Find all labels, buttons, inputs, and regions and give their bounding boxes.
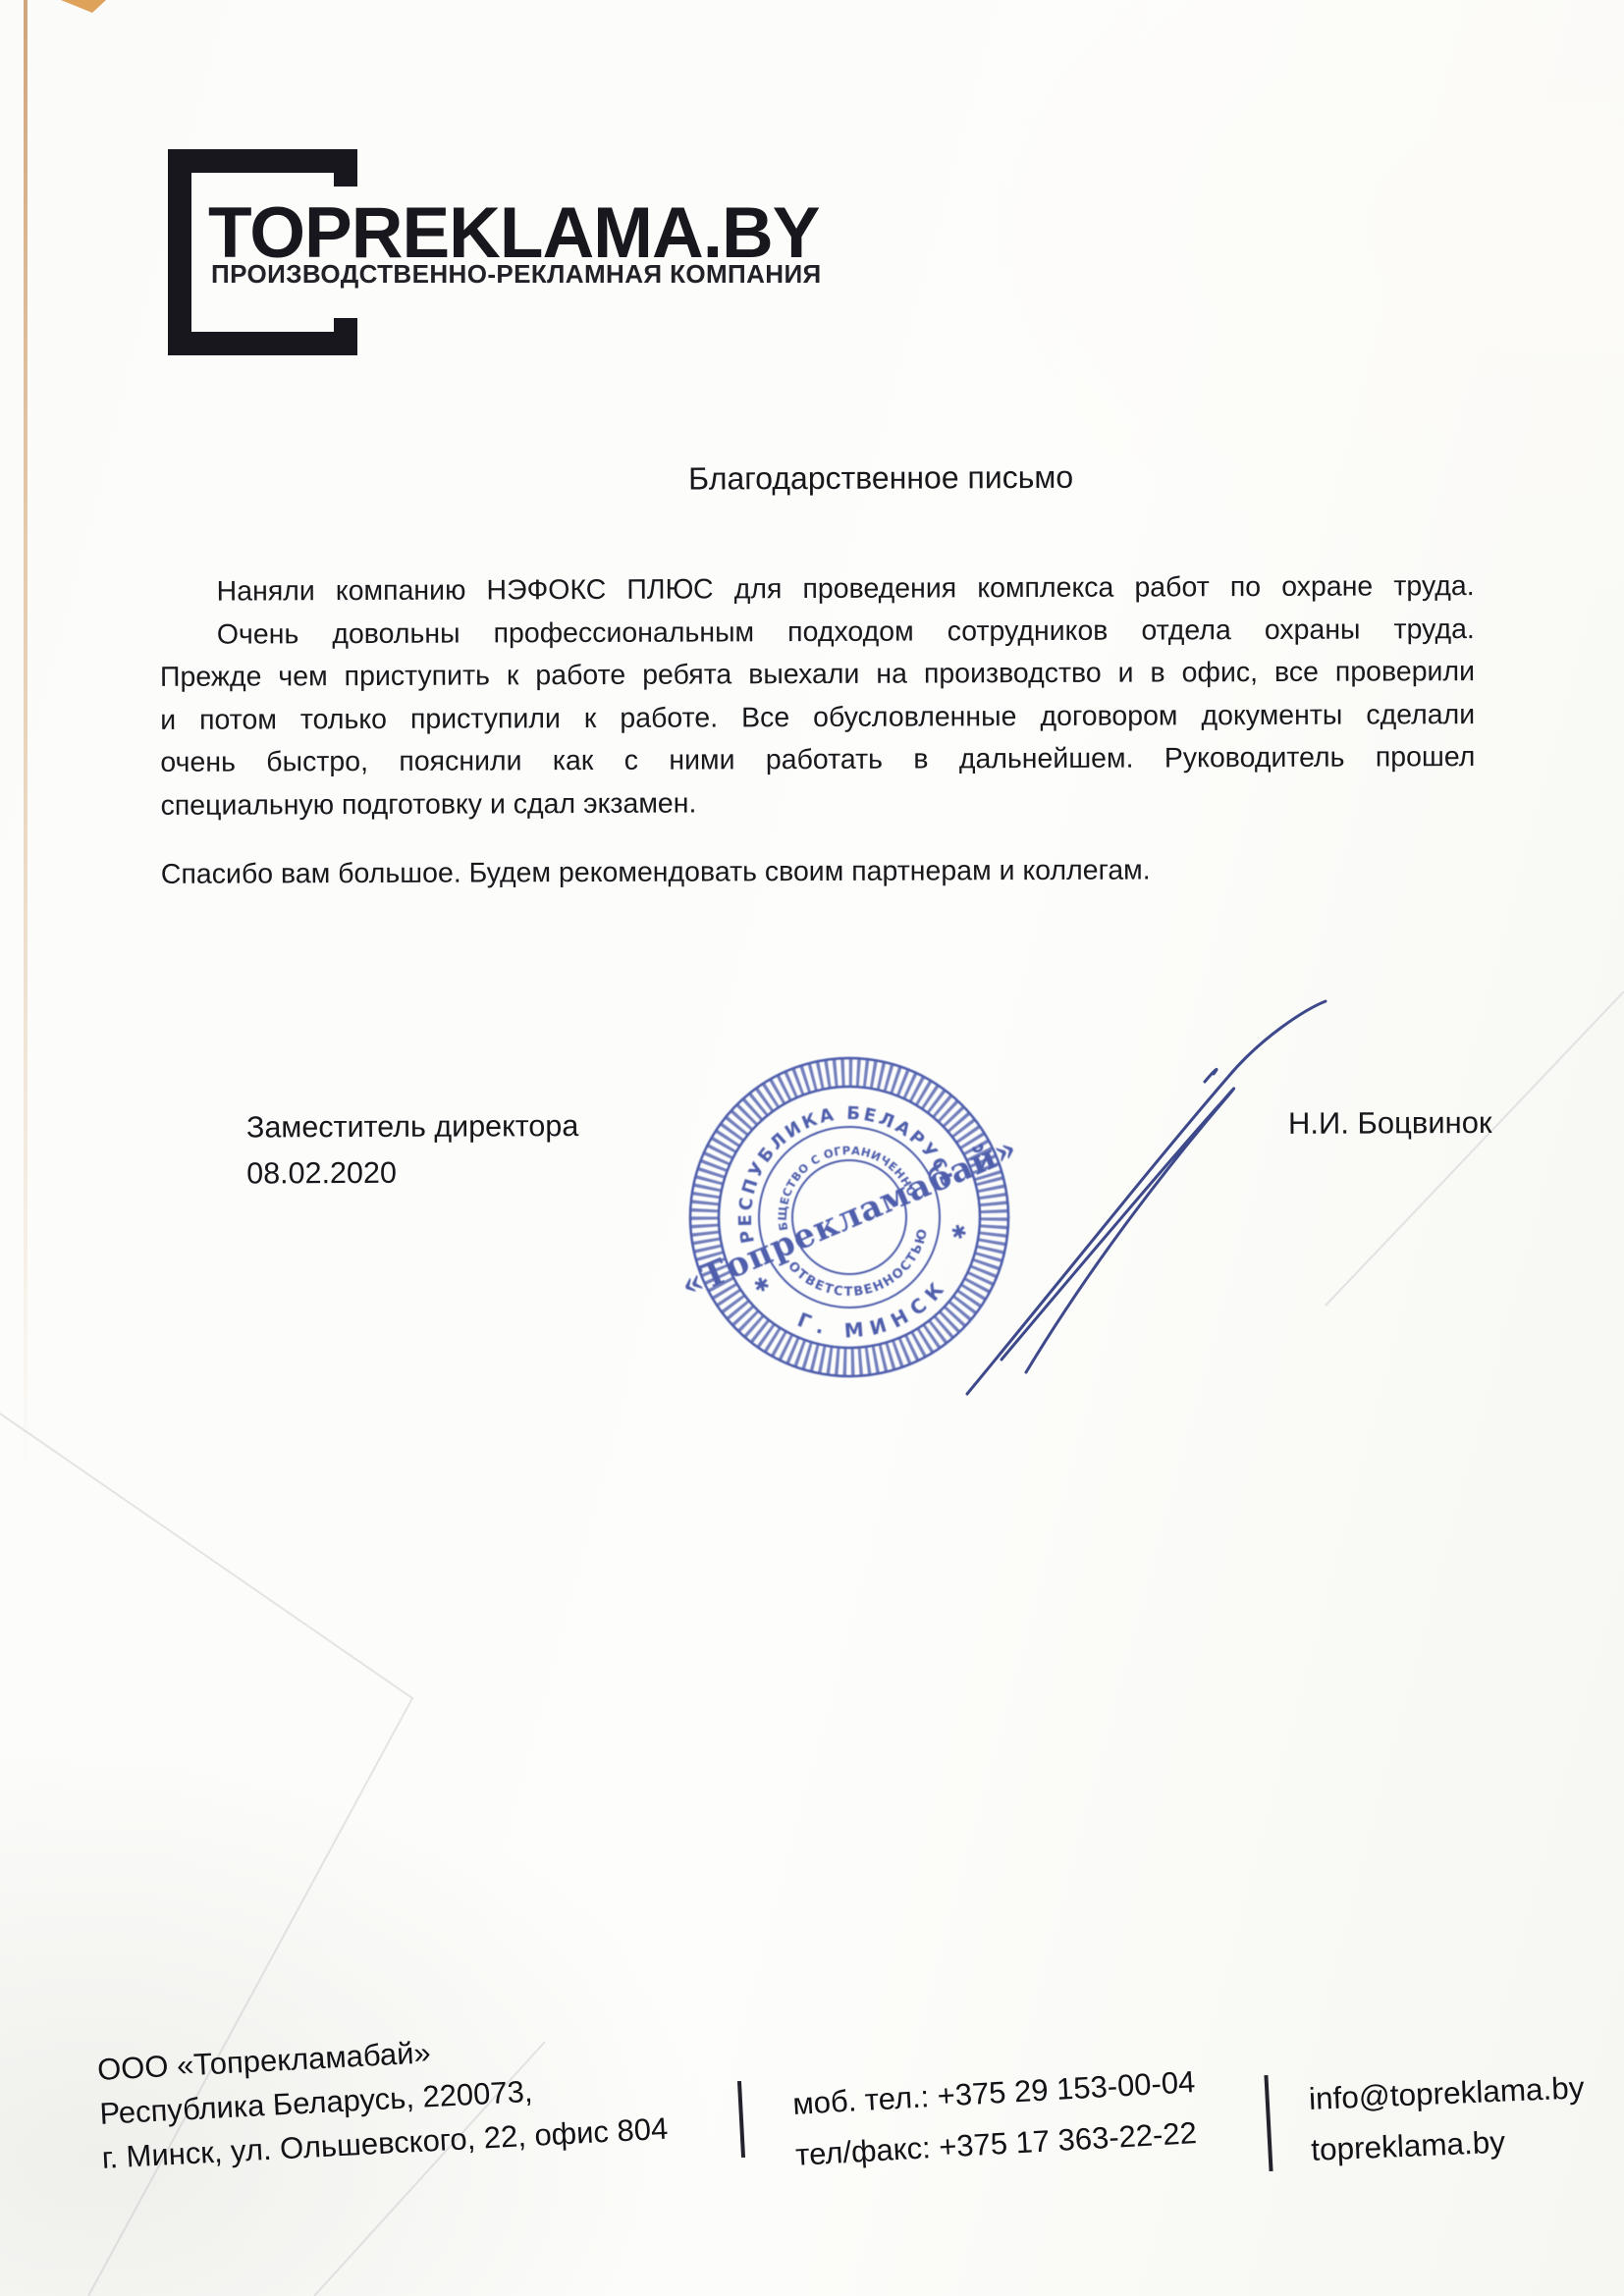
signature-stroke [1205, 1069, 1217, 1082]
body-line: очень быстро, пояснили как с ними работа… [160, 741, 1475, 789]
footer-divider [1264, 2075, 1272, 2171]
body-line: Очень довольны профессиональным подходом… [160, 614, 1475, 662]
body-line: специальную подготовку и сдал экзамен. [161, 784, 1476, 832]
letter-body: Наняли компанию НЭФОКС ПЛЮС для проведен… [160, 570, 1476, 832]
footer-divider [737, 2081, 745, 2158]
closing-line: Спасибо вам большое. Будем рекомендовать… [161, 855, 1151, 891]
footer-web-block: info@topreklama.by topreklama.by [1308, 2061, 1588, 2175]
body-line: и потом только приступили к работе. Все … [160, 699, 1475, 747]
body-line: Прежде чем приступить к работе ребята вы… [160, 656, 1475, 704]
signer-block: Заместитель директора 08.02.2020 [246, 1103, 579, 1197]
letter-date: 08.02.2020 [246, 1149, 578, 1197]
body-line: Наняли компанию НЭФОКС ПЛЮС для проведен… [160, 570, 1475, 618]
signature-stroke [1001, 1089, 1234, 1372]
brand-tagline: ПРОИЗВОДСТВЕННО-РЕКЛАМНАЯ КОМПАНИЯ [211, 259, 822, 290]
scan-corner-artifact [61, 0, 106, 13]
footer-website: topreklama.by [1310, 2112, 1588, 2175]
footer-address-block: ООО «Топрекламабай» Республика Беларусь,… [96, 2018, 669, 2180]
signer-role: Заместитель директора [246, 1103, 578, 1150]
letter-title: Благодарственное письмо [688, 459, 1073, 498]
letter-page: TOPREKLAMA.BY ПРОИЗВОДСТВЕННО-РЕКЛАМНАЯ … [0, 0, 1624, 2296]
footer-phones-block: моб. тел.: +375 29 153-00-04 тел/факс: +… [791, 2056, 1200, 2181]
scan-edge-artifact [24, 0, 27, 1472]
signature [913, 972, 1375, 1423]
letter-content: Благодарственное письмо Наняли компанию … [0, 0, 1624, 4]
